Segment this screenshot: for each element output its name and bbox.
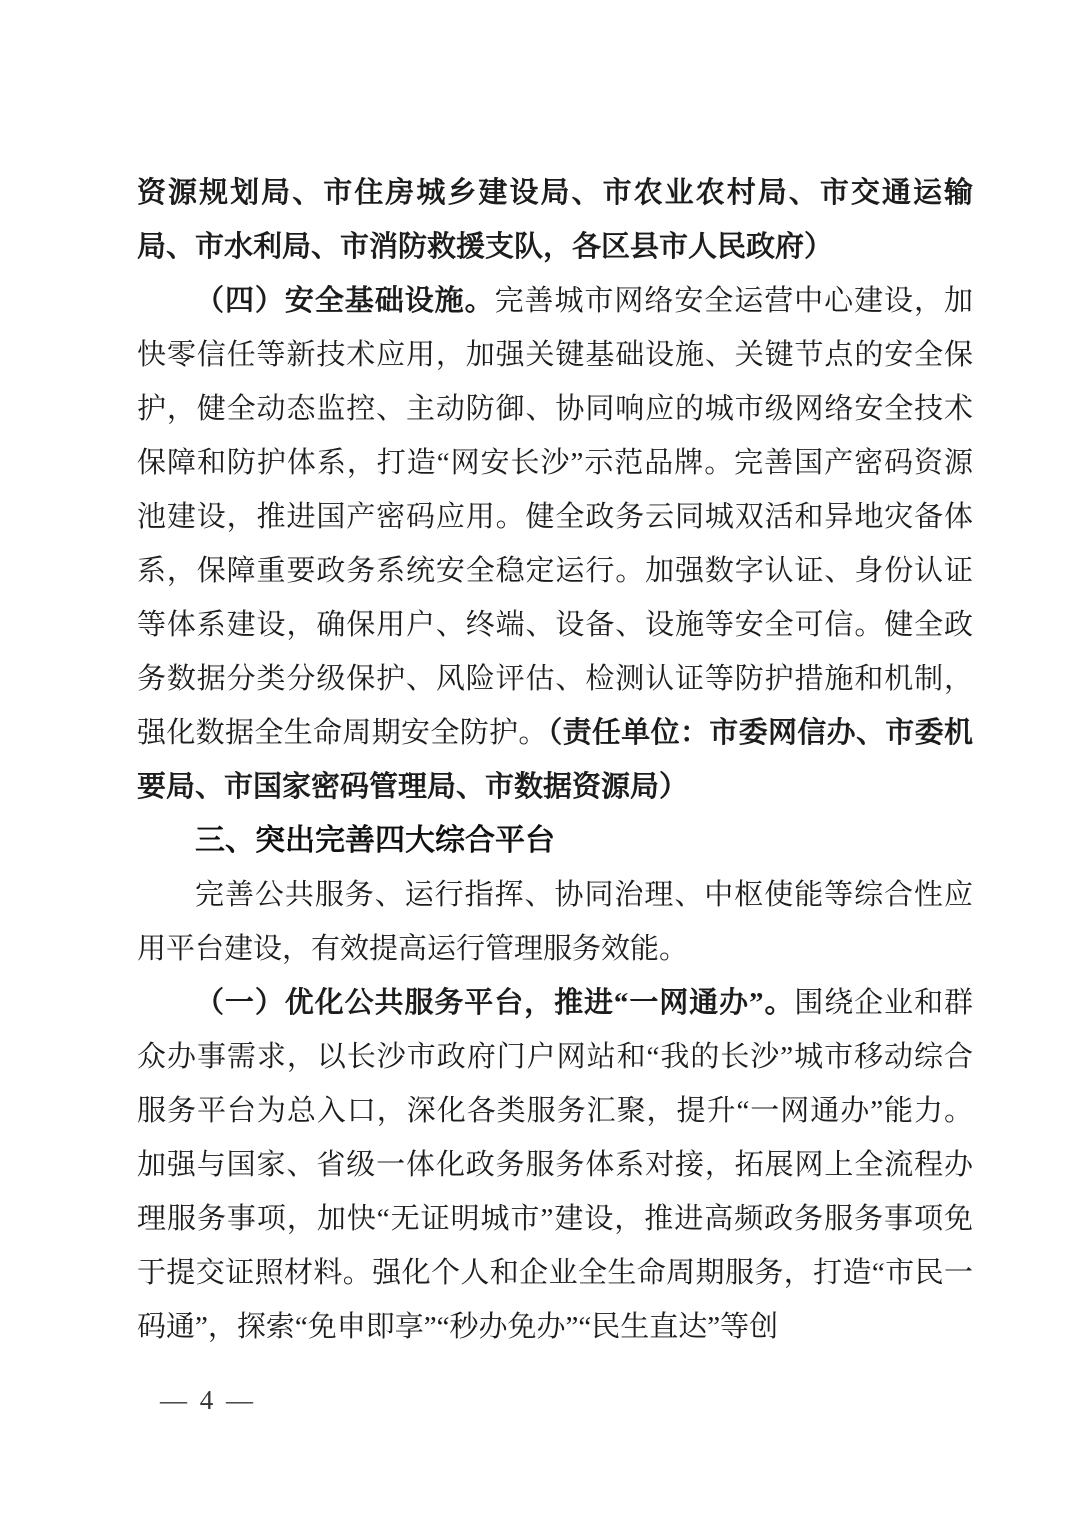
paragraph-item-one: （一）优化公共服务平台，推进“一网通办”。围绕企业和群众办事需求，以长沙市政府门…: [137, 976, 973, 1354]
item-one-lead: （一）优化公共服务平台，推进“一网通办”。: [195, 987, 794, 1019]
paragraph-responsibility-continuation: 资源规划局、市住房城乡建设局、市农业农村局、市交通运输局、市水利局、市消防救援支…: [137, 166, 973, 274]
section-four-body: 完善城市网络安全运营中心建设，加快零信任等新技术应用，加强关键基础设施、关键节点…: [137, 285, 973, 749]
item-one-body: 围绕企业和群众办事需求，以长沙市政府门户网站和“我的长沙”城市移动综合服务平台为…: [137, 987, 973, 1343]
paragraph-platforms-intro: 完善公共服务、运行指挥、协同治理、中枢使能等综合性应用平台建设，有效提高运行管理…: [137, 868, 973, 976]
page-number: — 4 —: [160, 1384, 256, 1416]
section-four-lead: （四）安全基础设施。: [195, 285, 495, 317]
responsibility-continuation-text: 资源规划局、市住房城乡建设局、市农业农村局、市交通运输局、市水利局、市消防救援支…: [137, 177, 973, 263]
document-page: 资源规划局、市住房城乡建设局、市农业农村局、市交通运输局、市水利局、市消防救援支…: [0, 0, 1074, 1520]
paragraph-section-four: （四）安全基础设施。完善城市网络安全运营中心建设，加快零信任等新技术应用，加强关…: [137, 274, 973, 814]
document-body: 资源规划局、市住房城乡建设局、市农业农村局、市交通运输局、市水利局、市消防救援支…: [137, 166, 973, 1354]
heading-section-three: 三、突出完善四大综合平台: [137, 814, 973, 868]
